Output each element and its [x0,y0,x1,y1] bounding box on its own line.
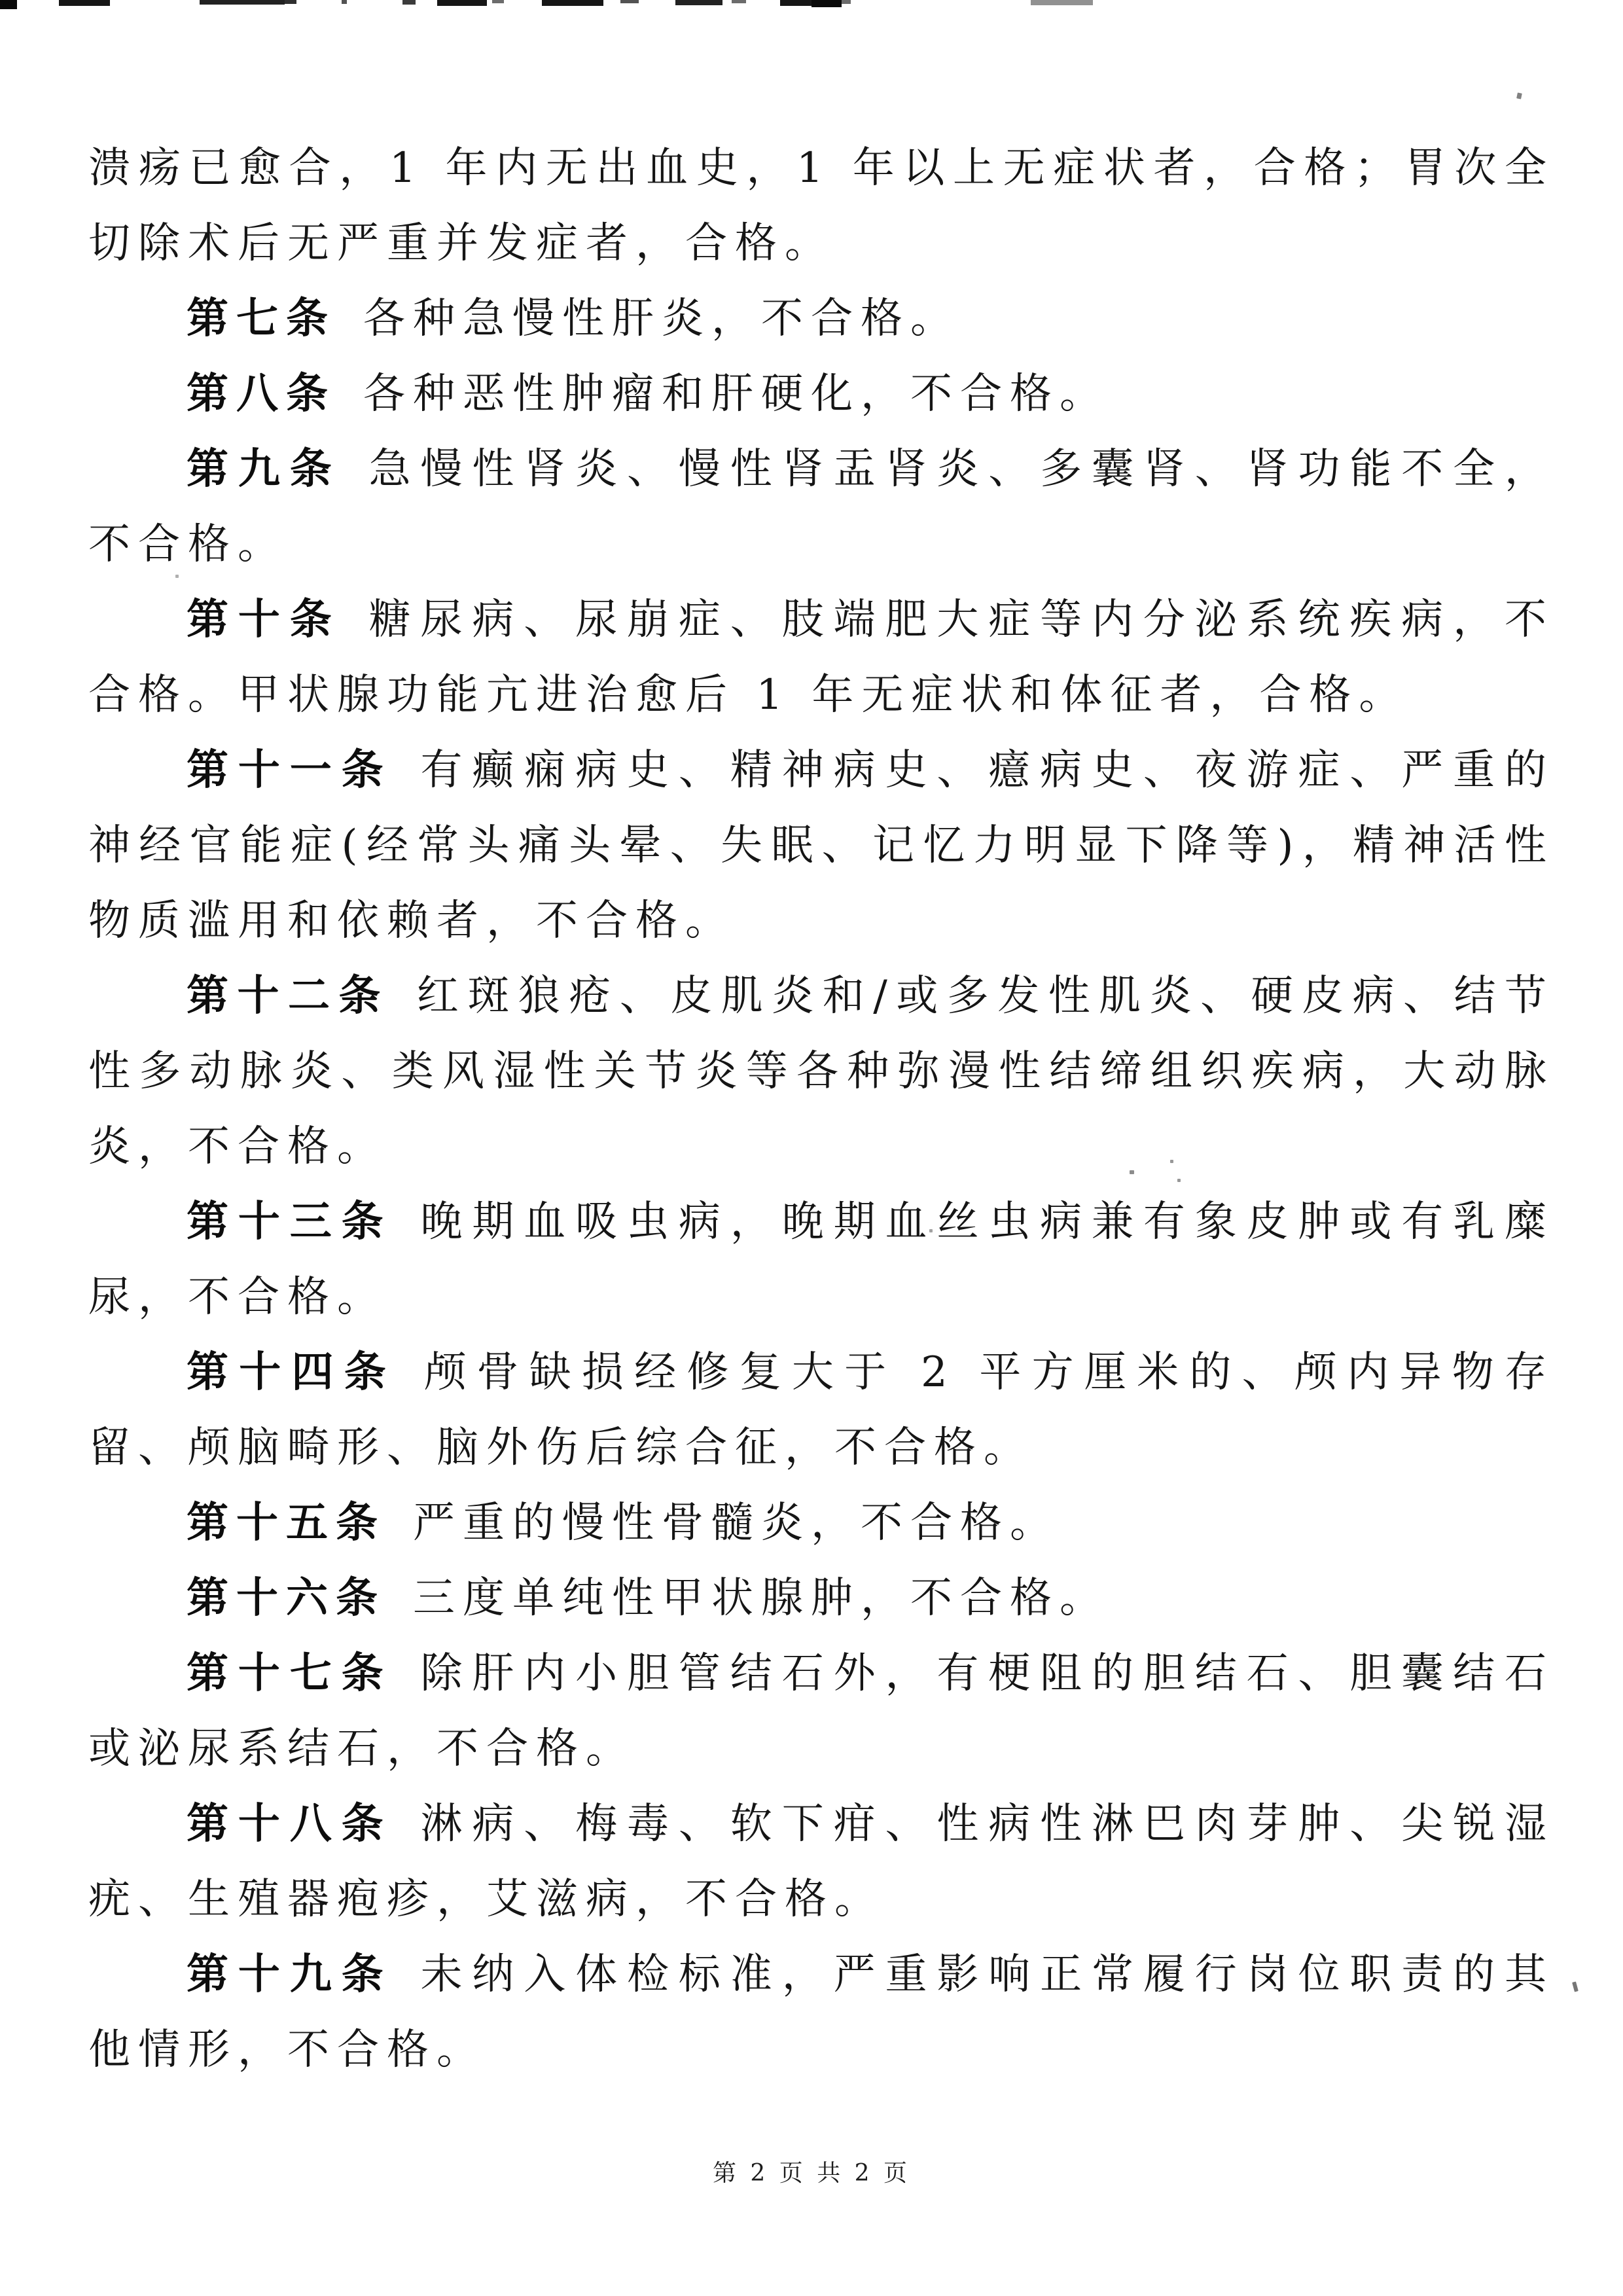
scan-speck [1516,92,1522,99]
article-text: 三度单纯性甲状腺肿，不合格。 [413,1574,1109,1623]
article-paragraph: 第十九条未纳入体检标准，严重影响正常履行岗位职责的其他情形，不合格。 [88,1937,1554,2088]
scan-speck [1572,1981,1578,1992]
article-paragraph: 第十三条晚期血吸虫病，晚期血丝虫病兼有象皮肿或有乳糜尿，不合格。 [88,1185,1554,1335]
article-paragraph: 第十六条三度单纯性甲状腺肿，不合格。 [88,1561,1554,1636]
article-number: 第十三条 [187,1198,393,1246]
article-number: 第十七条 [187,1649,393,1698]
article-paragraph: 第十八条淋病、梅毒、软下疳、性病性淋巴肉芽肿、尖锐湿疣、生殖器疱疹，艾滋病，不合… [88,1787,1554,1937]
article-number: 第十六条 [187,1574,385,1623]
scan-artifact-top [0,0,1623,10]
article-number: 第十五条 [187,1499,385,1547]
article-text: 各种急慢性肝炎，不合格。 [363,295,960,343]
article-number: 第八条 [187,370,336,418]
article-number: 第十条 [187,596,342,644]
article-paragraph: 第十五条严重的慢性骨髓炎，不合格。 [88,1486,1554,1561]
article-paragraph: 第十四条颅骨缺损经修复大于 2 平方厘米的、颅内异物存留、颅脑畸形、脑外伤后综合… [88,1335,1554,1486]
page-number: 第 2 页 共 2 页 [713,2160,910,2187]
article-paragraph: 第十条糖尿病、尿崩症、肢端肥大症等内分泌系统疾病，不合格。甲状腺功能亢进治愈后 … [88,583,1554,733]
article-paragraph: 第九条急慢性肾炎、慢性肾盂肾炎、多囊肾、肾功能不全，不合格。 [88,432,1554,583]
article-paragraph: 第十一条有癫痫病史、精神病史、癔病史、夜游症、严重的神经官能症(经常头痛头晕、失… [88,733,1554,959]
article-number: 第九条 [187,445,342,493]
document-body: 溃疡已愈合，1 年内无出血史，1 年以上无症状者，合格；胃次全切除术后无严重并发… [88,131,1554,2088]
article-paragraph: 溃疡已愈合，1 年内无出血史，1 年以上无症状者，合格；胃次全切除术后无严重并发… [88,131,1554,281]
article-number: 第十八条 [187,1800,393,1848]
page-footer: 第 2 页 共 2 页 [0,2155,1623,2188]
document-page: 溃疡已愈合，1 年内无出血史，1 年以上无症状者，合格；胃次全切除术后无严重并发… [0,0,1623,2296]
article-number: 第十九条 [187,1950,393,1999]
article-text: 各种恶性肿瘤和肝硬化，不合格。 [363,370,1109,418]
article-text: 溃疡已愈合，1 年内无出血史，1 年以上无症状者，合格；胃次全切除术后无严重并发… [88,144,1554,268]
article-number: 第十二条 [187,972,389,1020]
article-paragraph: 第七条各种急慢性肝炎，不合格。 [88,281,1554,357]
article-number: 第七条 [187,295,336,343]
article-text: 严重的慢性骨髓炎，不合格。 [413,1499,1060,1547]
article-paragraph: 第十七条除肝内小胆管结石外，有梗阻的胆结石、胆囊结石或泌尿系结石，不合格。 [88,1636,1554,1787]
article-paragraph: 第十二条红斑狼疮、皮肌炎和/或多发性肌炎、硬皮病、结节性多动脉炎、类风湿性关节炎… [88,959,1554,1185]
article-number: 第十四条 [187,1348,397,1397]
article-paragraph: 第八条各种恶性肿瘤和肝硬化，不合格。 [88,357,1554,432]
article-number: 第十一条 [187,746,393,795]
